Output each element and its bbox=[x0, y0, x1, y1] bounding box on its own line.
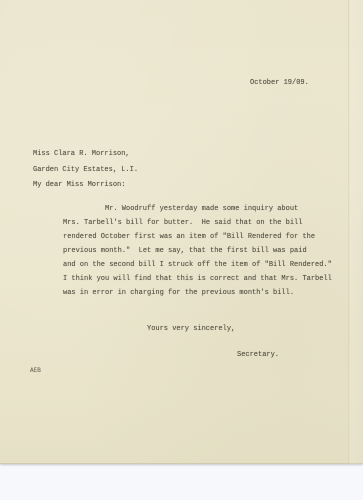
typist-initials: AEB bbox=[30, 366, 41, 375]
body-line: Mr. Woodruff yesterday made some inquiry… bbox=[105, 205, 298, 214]
body-line: Mrs. Tarbell's bill for butter. He said … bbox=[63, 219, 302, 228]
paper-edge bbox=[350, 0, 363, 464]
body-line: rendered October first was an item of "B… bbox=[63, 233, 315, 242]
body-line: I think you will find that this is corre… bbox=[63, 275, 332, 284]
letter-paper: October 19/09. Miss Clara R. Morrison, G… bbox=[0, 0, 363, 464]
signature-title: Secretary. bbox=[237, 351, 279, 360]
body-line: was in error in charging for the previou… bbox=[63, 289, 294, 298]
date-line: October 19/09. bbox=[250, 79, 309, 88]
closing: Yours very sincerely, bbox=[147, 325, 235, 334]
paper-crease bbox=[348, 0, 349, 464]
recipient-address: Garden City Estates, L.I. bbox=[33, 166, 138, 175]
body-line: and on the second bill I struck off the … bbox=[63, 261, 332, 270]
salutation: My dear Miss Morrison: bbox=[33, 181, 125, 190]
body-line: previous month." Let me say, that the fi… bbox=[63, 247, 307, 256]
recipient-name: Miss Clara R. Morrison, bbox=[33, 150, 130, 159]
scanned-letter-view: October 19/09. Miss Clara R. Morrison, G… bbox=[0, 0, 363, 500]
